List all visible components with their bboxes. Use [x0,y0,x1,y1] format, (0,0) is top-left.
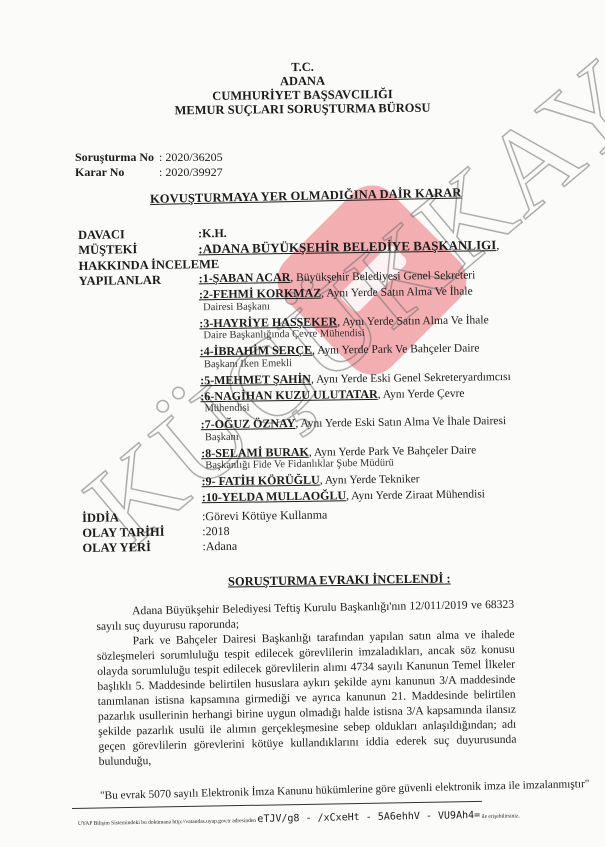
person-entry: :7-OĞUZ ÖZNAY, Aynı Yerde Eski Satın Alm… [201,413,551,444]
uyap-verification: UYAP Bilişim Sistemindeki bu dokümana ht… [78,809,520,828]
person-entry: :8-SELAMİ BURAK, Aynı Yerde Park Ve Bahç… [201,442,551,473]
person-entry: :9- FATİH KÖRÜĞLU, Aynı Yerde Tekniker [201,470,551,488]
case-fields: DAVACI :K.H. MÜŞTEKİ :ADANA BÜYÜKŞEHİR B… [78,221,553,556]
document-page: KÜÇÜKKAYA.COM T.C. ADANA CUMHURİYET BAŞS… [0,0,605,847]
section-title: SORUŞTURMA EVRAKI İNCELENDİ : [228,571,451,589]
case-numbers: Soruşturma No: 2020/36205 Karar No: 2020… [75,150,223,180]
person-entry: :5-MEHMET ŞAHİN, Aynı Yerde Eski Genel S… [200,369,550,387]
document-header: T.C. ADANA CUMHURİYET BAŞSAVCILIĞI MEMUR… [0,60,605,116]
decision-no-label: Karar No [75,165,159,180]
footer-divider [72,801,482,809]
esign-note: "Bu evrak 5070 sayılı Elektronik İmza Ka… [100,778,590,802]
person-entry: :4-İBRAHİM SERÇE, Aynı Yerde Park Ve Bah… [200,340,550,371]
person-entry: :10-YELDA MULLAOĞLU, Aynı Yerde Ziraat M… [202,486,552,504]
decision-no-value: : 2020/39927 [159,165,223,180]
body-paragraph: Park ve Bahçeler Dairesi Başkanlığı tara… [97,627,517,769]
person-list: :1-ŞABAN ACAR, Büyükşehir Belediyesi Gen… [199,267,552,507]
body-text: Adana Büyükşehir Belediyesi Teftiş Kurul… [96,597,517,769]
field-yapilanlar: YAPILANLAR :1-ŞABAN ACAR, Büyükşehir Bel… [79,267,552,509]
person-entry: :3-HAYRİYE HASŞEKER, Aynı Yerde Satın Al… [199,312,549,343]
verification-code: eTJV/g8 - /xCxeHt - 5A6ehhV - VU9Ah4= [257,810,480,825]
investigation-no-value: : 2020/36205 [159,150,223,165]
person-entry: :6-NAGİHAN KUZU ULUTATAR, Aynı Yerde Çev… [200,385,550,416]
person-entry: :1-ŞABAN ACAR, Büyükşehir Belediyesi Gen… [199,267,549,285]
investigation-no-label: Soruşturma No [75,150,159,165]
person-entry: :2-FEHMİ KORKMAZ, Aynı Yerde Satın Alma … [199,283,549,314]
